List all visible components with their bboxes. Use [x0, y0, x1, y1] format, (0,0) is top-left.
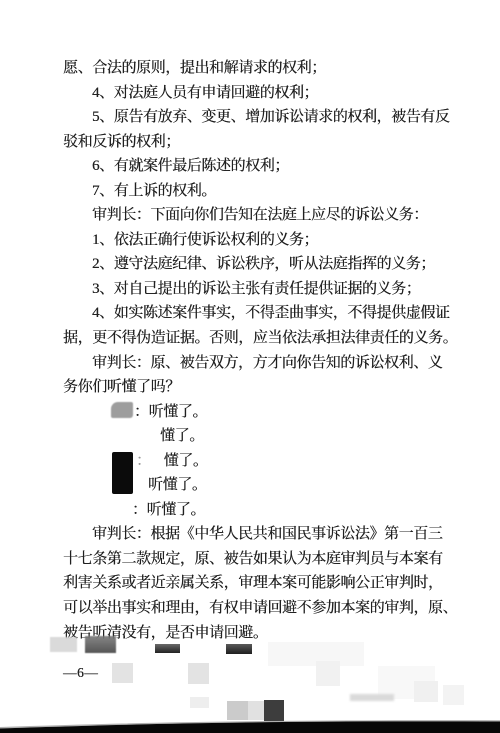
- text-line: 审判长：下面向你们告知在法庭上应尽的诉讼义务：: [63, 203, 463, 228]
- text-line: 利害关系或者近亲属关系，审理本案可能影响公正审判时，: [63, 571, 463, 596]
- scan-artifact-box: [188, 663, 209, 684]
- text-line: 十七条第二款规定，原、被告如果认为本庭审判员与本案有: [63, 547, 463, 572]
- redaction-underline: [155, 644, 180, 653]
- text-line: 审判长：原、被告双方，方才向你告知的诉讼权利、义: [63, 351, 463, 376]
- response-text: ：听懂了。: [134, 404, 207, 420]
- document-body: 愿、合法的原则，提出和解请求的权利； 4、对法庭人员有申请回避的权利； 5、原告…: [63, 56, 463, 645]
- response-line: ：听懂了。: [132, 498, 463, 523]
- scan-artifact-box: [112, 663, 133, 683]
- page-bottom-edge: [0, 715, 500, 733]
- text-line: 6、有就案件最后陈述的权利；: [63, 154, 463, 179]
- scan-artifact-box: [414, 681, 438, 702]
- scan-artifact-smudge: [350, 694, 394, 701]
- response-text: 懂了。: [160, 428, 204, 444]
- text-line: 2、遵守法庭纪律、诉讼秩序，听从法庭指挥的义务；: [63, 252, 463, 277]
- text-line: 审判长：根据《中华人民共和国民事诉讼法》第一百三: [63, 522, 463, 547]
- response-text: 听懂了。: [148, 477, 206, 493]
- redaction-mark-light: [50, 637, 77, 652]
- text-line: 可以举出事实和理由，有权申请回避不参加本案的审判，原、: [63, 596, 463, 621]
- response-line: 懂了。: [160, 424, 463, 449]
- text-line: 驳和反诉的权利；: [63, 130, 463, 155]
- redacted-name-black-box: [112, 452, 133, 494]
- response-colon: ：: [136, 453, 151, 469]
- text-line: 7、有上诉的权利。: [63, 179, 463, 204]
- page-number: —6—: [63, 664, 98, 682]
- scan-artifact-box: [316, 661, 340, 686]
- redaction-underline: [226, 644, 252, 654]
- text-line: 被告听清没有，是否申请回避。: [63, 621, 463, 646]
- text-line: 1、依法正确行使诉讼权利的义务；: [63, 228, 463, 253]
- scan-artifact-box: [190, 697, 209, 708]
- text-line: 愿、合法的原则，提出和解请求的权利；: [63, 56, 463, 81]
- scan-artifact-box: [443, 685, 464, 705]
- response-line: 听懂了。: [148, 473, 463, 498]
- response-text: ：听懂了。: [132, 502, 205, 518]
- response-line: ：听懂了。: [134, 400, 463, 425]
- text-line: 4、对法庭人员有申请回避的权利；: [63, 81, 463, 106]
- response-text: 懂了。: [164, 453, 208, 469]
- redaction-mark-dark: [85, 636, 116, 653]
- text-line: 4、如实陈述案件事实，不得歪曲事实，不得提供虚假证: [63, 301, 463, 326]
- response-line: ：懂了。: [136, 449, 463, 474]
- text-line: 务你们听懂了吗？: [63, 375, 463, 400]
- redacted-name-gray-box: [111, 402, 133, 418]
- scanned-court-transcript-page: 愿、合法的原则，提出和解请求的权利； 4、对法庭人员有申请回避的权利； 5、原告…: [0, 0, 500, 733]
- text-line: 3、对自己提出的诉讼主张有责任提供证据的义务；: [63, 277, 463, 302]
- text-line: 据，更不得伪造证据。否则，应当依法承担法律责任的义务。: [63, 326, 463, 351]
- text-line: 5、原告有放弃、变更、增加诉讼请求的权利，被告有反: [63, 105, 463, 130]
